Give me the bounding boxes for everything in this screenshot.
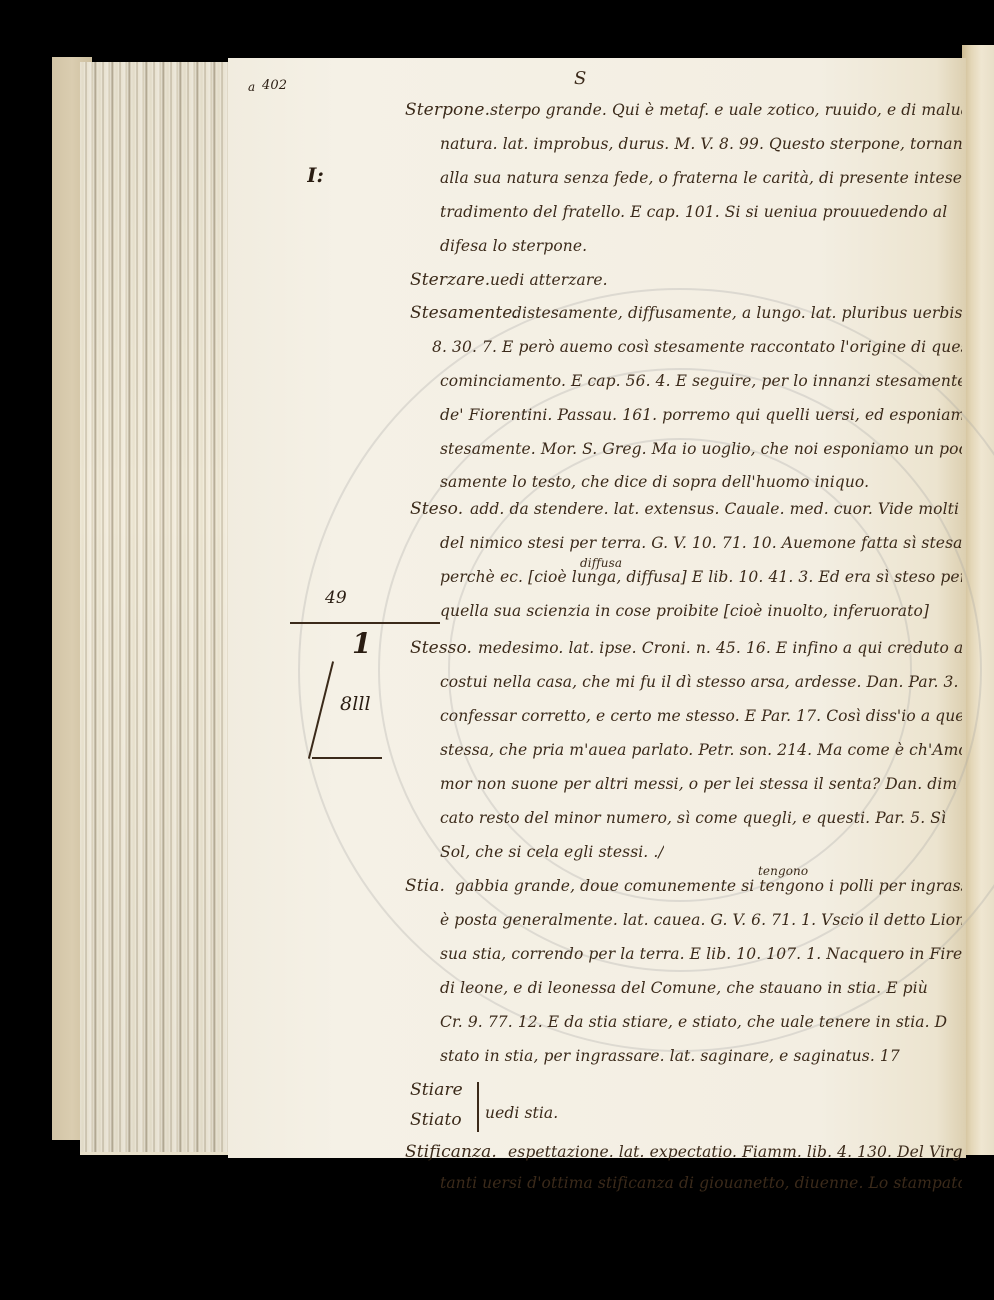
shelf-note-line3: 8lll (340, 693, 371, 715)
entry-line: difesa lo sterpone. (440, 237, 587, 255)
entry-line: medesimo. lat. ipse. Croni. n. 45. 16. E… (478, 639, 962, 657)
entry-line: Sol, che si cela egli stessi. ./ (440, 843, 664, 861)
entry-line: perchè ec. [cioè lunga, diffusa] E lib. … (440, 568, 962, 586)
signature-mark: S (574, 68, 586, 89)
lemma-stia: Stia. (405, 876, 445, 896)
lemma-stiare: Stiare (410, 1080, 463, 1100)
lemma-stificanza: Stificanza. (405, 1142, 497, 1162)
lemma-steso: Steso. (410, 499, 463, 519)
entry-line: stato in stia, per ingrassare. lat. sagi… (440, 1047, 900, 1065)
entry-line: uedi atterzare. (490, 271, 608, 289)
interlinear-note: tengono (758, 864, 808, 878)
entry-line: cato resto del minor numero, sì come que… (440, 809, 946, 827)
entry-line: 8. 30. 7. E però auemo così stesamente r… (432, 338, 962, 356)
lemma-stesso: Stesso. (410, 638, 472, 658)
entry-line: è posta generalmente. lat. cauea. G. V. … (440, 911, 962, 929)
entry-line: samente lo testo, che dice di sopra dell… (440, 473, 869, 491)
entry-line: espettazione. lat. expectatio. Fiamm. li… (508, 1143, 962, 1161)
brace (477, 1082, 479, 1132)
page-stack-edges (80, 62, 230, 1155)
lemma-stiato: Stiato (410, 1110, 462, 1130)
entry-line: sua stia, correndo per la terra. E lib. … (440, 945, 962, 963)
entry-line: distesamente, diffusamente, a lungo. lat… (512, 304, 962, 322)
folio-number: 402 (262, 78, 287, 93)
entry-line: sterpo grande. Qui è metaf. e uale zotic… (490, 101, 962, 119)
entry-line: gabbia grande, doue comunemente si tengo… (455, 877, 962, 895)
entry-line: add. da stendere. lat. extensus. Cauale.… (470, 500, 962, 518)
entry-line: tradimento del fratello. E cap. 101. Si … (440, 203, 947, 221)
entry-line: cominciamento. E cap. 56. 4. E seguire, … (440, 372, 962, 390)
entry-line: di leone, e di leonessa del Comune, che … (440, 979, 928, 997)
entry-line: Cr. 9. 77. 12. E da stia stiare, e stiat… (440, 1013, 947, 1031)
margin-mark-top: I: (307, 163, 324, 187)
entry-line: stesamente. Mor. S. Greg. Ma io uoglio, … (440, 440, 962, 458)
entry-line: tanti uersi d'ottima stificanza di gioua… (440, 1174, 962, 1192)
shelf-note-underline (312, 757, 382, 759)
entry-line: mor non suone per altri messi, o per lei… (440, 775, 957, 793)
shelf-note-rule (290, 622, 440, 624)
entry-line: costui nella casa, che mi fu il dì stess… (440, 673, 959, 691)
lemma-stesamente: Stesamente. (410, 303, 518, 323)
shelf-note-line2: 1 (352, 627, 372, 660)
entry-line: natura. lat. improbus, durus. M. V. 8. 9… (440, 135, 962, 153)
entry-line: de' Fiorentini. Passau. 161. porremo qui… (440, 406, 962, 424)
folio-prefix-mark: a (248, 80, 255, 94)
shelf-note-line1: 49 (325, 588, 347, 608)
opposite-page-edge (962, 45, 994, 1155)
lemma-sterzare: Sterzare. (410, 270, 490, 290)
entry-line: uedi stia. (485, 1104, 558, 1122)
entry-line: alla sua natura senza fede, o fraterna l… (440, 169, 962, 187)
entry-line: stessa, che pria m'auea parlato. Petr. s… (440, 741, 962, 759)
watermark-outer-ring (298, 288, 994, 1052)
entry-line: del nimico stesi per terra. G. V. 10. 71… (440, 534, 962, 552)
entry-line: quella sua scienzia in cose proibite [ci… (440, 602, 929, 620)
lemma-sterpone: Sterpone. (405, 100, 490, 120)
entry-line: confessar corretto, e certo me stesso. E… (440, 707, 962, 725)
